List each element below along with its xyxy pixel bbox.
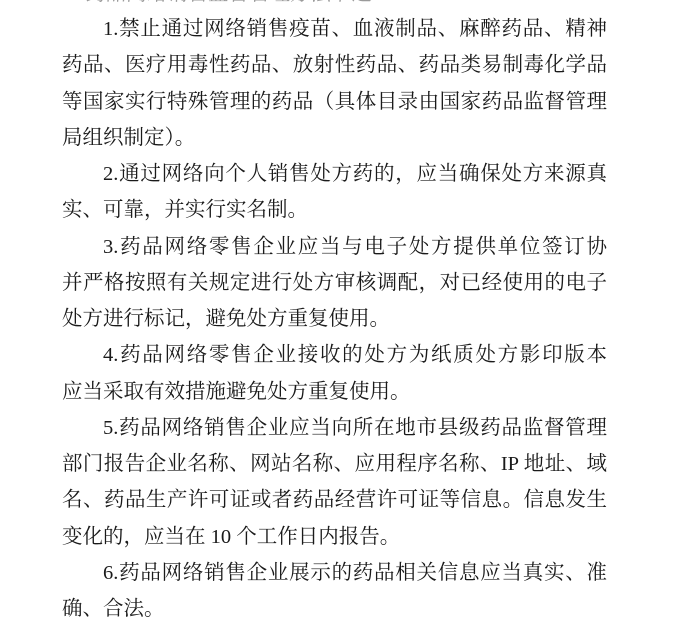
text-line: 部门报告企业名称、网站名称、应用程序名称、IP 地址、域 <box>62 446 607 482</box>
text-line: 药品、医疗用毒性药品、放射性药品、药品类易制毒化学品 <box>62 47 607 83</box>
text-line: 名、药品生产许可证或者药品经营许可证等信息。信息发生 <box>62 482 607 518</box>
text-line: 3.药品网络零售企业应当与电子处方提供单位签订协议， <box>62 229 607 265</box>
text-line: 局组织制定）。 <box>62 120 607 156</box>
text-line: 等国家实行特殊管理的药品（具体目录由国家药品监督管理 <box>62 84 607 120</box>
text-line: 并严格按照有关规定进行处方审核调配，对已经使用的电子 <box>62 265 607 301</box>
text-line: 1.禁止通过网络销售疫苗、血液制品、麻醉药品、精神 <box>62 11 607 47</box>
text-line: 4.药品网络零售企业接收的处方为纸质处方影印版本的， <box>62 337 607 373</box>
text-line: 5.药品网络销售企业应当向所在地市县级药品监督管理 <box>62 410 607 446</box>
document-page: 药品网络销售监督管理办法节选 1.禁止通过网络销售疫苗、血液制品、麻醉药品、精神… <box>0 0 692 636</box>
text-line: 应当采取有效措施避免处方重复使用。 <box>62 374 607 410</box>
text-line: 实、可靠，并实行实名制。 <box>62 192 607 228</box>
text-line: 变化的，应当在 10 个工作日内报告。 <box>62 519 607 555</box>
text-line: 2.通过网络向个人销售处方药的，应当确保处方来源真 <box>62 156 607 192</box>
clipped-text-line: 药品网络销售监督管理办法节选 <box>85 0 372 5</box>
text-line: 确、合法。 <box>62 591 607 627</box>
document-body: 1.禁止通过网络销售疫苗、血液制品、麻醉药品、精神 药品、医疗用毒性药品、放射性… <box>62 11 607 627</box>
text-line: 6.药品网络销售企业展示的药品相关信息应当真实、准 <box>62 555 607 591</box>
text-line: 处方进行标记，避免处方重复使用。 <box>62 301 607 337</box>
